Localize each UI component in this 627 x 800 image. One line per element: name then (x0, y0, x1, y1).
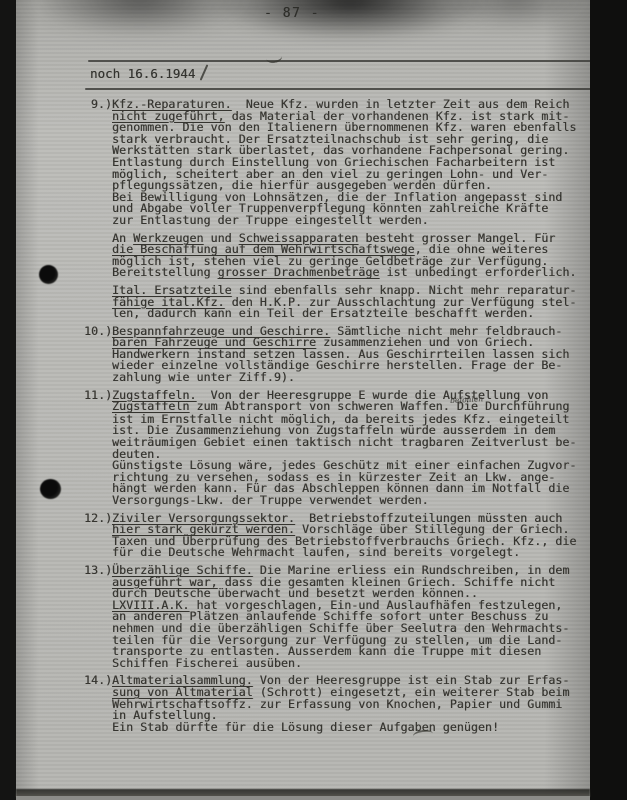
typed-text: Schiffen Fischerei ausüben. (112, 656, 302, 670)
paragraph-number: 14.) (84, 675, 112, 733)
text-line: len, dadurch kann ein Teil der Ersatztei… (112, 308, 596, 320)
punch-hole-top (39, 265, 58, 284)
text-line: Bereitstellung grosser Drachmenbeträge i… (112, 267, 596, 279)
horizontal-rule-bottom (85, 88, 602, 90)
typed-text: zahlung wie unter Ziff.9). (112, 370, 295, 384)
paragraph: Ital. Ersatzteile sind ebenfalls sehr kn… (84, 285, 596, 320)
scanned-page: - 87 - noch 16.6.1944 9.)Kfz.-Reparature… (0, 0, 627, 800)
text-line: zur Entlastung der Truppe eingestellt we… (112, 215, 596, 227)
typed-text: Bereitstellung (112, 265, 218, 279)
paragraph-text: An Werkzeugen und Schweissapparaten best… (112, 233, 596, 279)
text-line: weiträumigen Gebiet einen taktisch nicht… (112, 437, 596, 449)
paragraph-text: Altmaterialsammlung. Von der Heeresgrupp… (112, 675, 596, 733)
scan-edge-bottom-light (16, 796, 590, 800)
scan-edge-left (0, 0, 16, 800)
paragraph: 11.)Zugstaffeln. Von der Heeresgruppe E … (84, 390, 596, 507)
scan-edge-right (590, 0, 627, 800)
paragraph: An Werkzeugen und Schweissapparaten best… (84, 233, 596, 279)
text-line: für die Deutsche Wehrmacht laufen, sind … (112, 547, 596, 559)
paragraph: 14.)Altmaterialsammlung. Von der Heeresg… (84, 675, 596, 733)
handwritten-insert: befohlen (449, 395, 450, 407)
paragraph-number: 11.) (84, 390, 112, 507)
paragraph: 13.)Überzählige Schiffe. Die Marine erli… (84, 565, 596, 669)
paragraph-text: Kfz.-Reparaturen. Neue Kfz. wurden in le… (112, 99, 596, 227)
paragraph-number (84, 285, 112, 320)
paragraph-number (84, 233, 112, 279)
document-body: 9.)Kfz.-Reparaturen. Neue Kfz. wurden in… (84, 99, 596, 739)
typed-text: Versorgungs-Lkw. der Truppe verwendet we… (112, 493, 429, 507)
paragraph-text: Überzählige Schiffe. Die Marine erliess … (112, 565, 596, 669)
punch-hole-bottom (40, 479, 61, 499)
typed-text: Ein Stab dürfte für die Lösung dieser Au… (112, 720, 499, 734)
paragraph: 12.)Ziviler Versorgungssektor. Betriebst… (84, 513, 596, 559)
underlined-text: grosser Drachmenbeträge (218, 265, 380, 279)
typed-text: weiträumigen Gebiet einen taktisch nicht… (112, 435, 576, 449)
paragraph: 9.)Kfz.-Reparaturen. Neue Kfz. wurden in… (84, 99, 596, 227)
page-number: - 87 - (264, 6, 320, 21)
typed-text: len, dadurch kann ein Teil der Ersatztei… (112, 306, 534, 320)
typed-text: zur Entlastung der Truppe eingestellt we… (112, 213, 429, 227)
paragraph-number: 10.) (84, 326, 112, 384)
text-line: zahlung wie unter Ziff.9). (112, 372, 596, 384)
text-line: Schiffen Fischerei ausüben. (112, 658, 596, 670)
date-line: noch 16.6.1944 (90, 66, 195, 81)
paragraph: 10.)Bespannfahrzeuge und Geschirre. Sämt… (84, 326, 596, 384)
paragraph-text: Bespannfahrzeuge und Geschirre. Sämtlich… (112, 326, 596, 384)
paragraph-text: Ital. Ersatzteile sind ebenfalls sehr kn… (112, 285, 596, 320)
text-line: Versorgungs-Lkw. der Truppe verwendet we… (112, 495, 596, 507)
paragraph-text: Zugstaffeln. Von der Heeresgruppe E wurd… (112, 390, 596, 507)
paragraph-text: Ziviler Versorgungssektor. Betriebstoffz… (112, 513, 596, 559)
paragraph-number: 12.) (84, 513, 112, 559)
typed-text: ist unbedingt erforderlich. (379, 265, 576, 279)
horizontal-rule-top (88, 60, 600, 62)
paragraph-number: 9.) (84, 99, 112, 227)
typed-text: für die Deutsche Wehrmacht laufen, sind … (112, 545, 520, 559)
paragraph-number: 13.) (84, 565, 112, 669)
text-line: Ein Stab dürfte für die Lösung dieser Au… (112, 722, 596, 734)
